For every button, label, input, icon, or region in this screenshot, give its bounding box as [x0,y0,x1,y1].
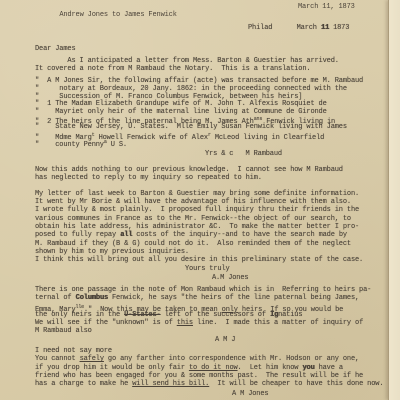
letter-line: Philad March 11 1873 [248,24,387,32]
letter-line: " Mdme Margt Howell Fenwick wife of Alex… [35,132,387,140]
letter-line: M Rambaud also [35,327,387,335]
paragraph-advice: I need not say moreYou cannot safely go … [35,347,387,388]
translation-block: " A M Jones Sir, the following affair (a… [35,78,387,146]
letter-line: shown by him to my previous inquiries. [35,248,387,256]
page-edge [388,0,400,400]
letter-line: has neglected to reply to my inquiry so … [35,174,387,182]
annotation-title: Andrew Jones to James Fenwick [59,11,176,19]
letter-line: I wrote fully & most plainly. I proposed… [35,206,387,214]
letter-line: My letter of last week to Barton & Guest… [35,190,387,198]
letter-line: ternal of Columbus Fenwick, he says "the… [35,294,387,302]
dateline: Philad March 11 1873 [248,24,387,32]
letter-line: " Mayriet only heir of the maternal line… [35,109,387,117]
paragraph-intro: As I anticipated a letter from Mess. Bar… [35,57,387,74]
jones-signature-first: A.M Jones [212,274,387,282]
letter-line: friend who has been engaged for you & so… [35,372,387,380]
letter-line: various communes in France as to the Mr.… [35,215,387,223]
archival-annotation: Andrew Jones to James Fenwick March 11, … [35,3,387,11]
paragraph-letter: My letter of last week to Barton & Guest… [35,190,387,265]
rambaud-signature: Yrs & c M Rambaud [205,150,387,158]
letter-line: obtain his late address, his administrat… [35,223,387,231]
letter-line: It covered a note from M Rambaud the Not… [35,65,387,73]
jones-initials: A M J [215,336,387,344]
letter-line: " State New Jersey, U. States. Mlle Emil… [35,124,387,132]
letter-line: I think this will bring out all you desi… [35,256,387,264]
letter-line: M. Rambaud if they (B & G) could not do … [35,240,387,248]
jones-signature-final: A M Jones [232,390,387,398]
paragraph-passage: There is one passage in the note of Mon … [35,286,387,336]
letter-line: As I anticipated a letter from Mess. Bar… [35,57,387,65]
annotation-date: March 11, 1873 [298,3,355,11]
letter-page: Andrew Jones to James Fenwick March 11, … [0,0,400,400]
paragraph-knowledge: Now this adds nothing to our previous kn… [35,166,387,183]
letter-line: Emma, Marylle." Now this may be taken to… [35,303,387,311]
salutation: Dear James [35,45,387,53]
letter-line: if you drop him it would be only fair to… [35,364,387,372]
closing-yours-truly: Yours truly [185,265,387,273]
letter-line: You cannot safely go any farther into co… [35,355,387,363]
letter-line: posed to fully repay all costs of the in… [35,231,387,239]
letter-line: has a charge to make he will send his bi… [35,380,387,388]
letter-content: Andrew Jones to James Fenwick March 11, … [35,3,387,398]
